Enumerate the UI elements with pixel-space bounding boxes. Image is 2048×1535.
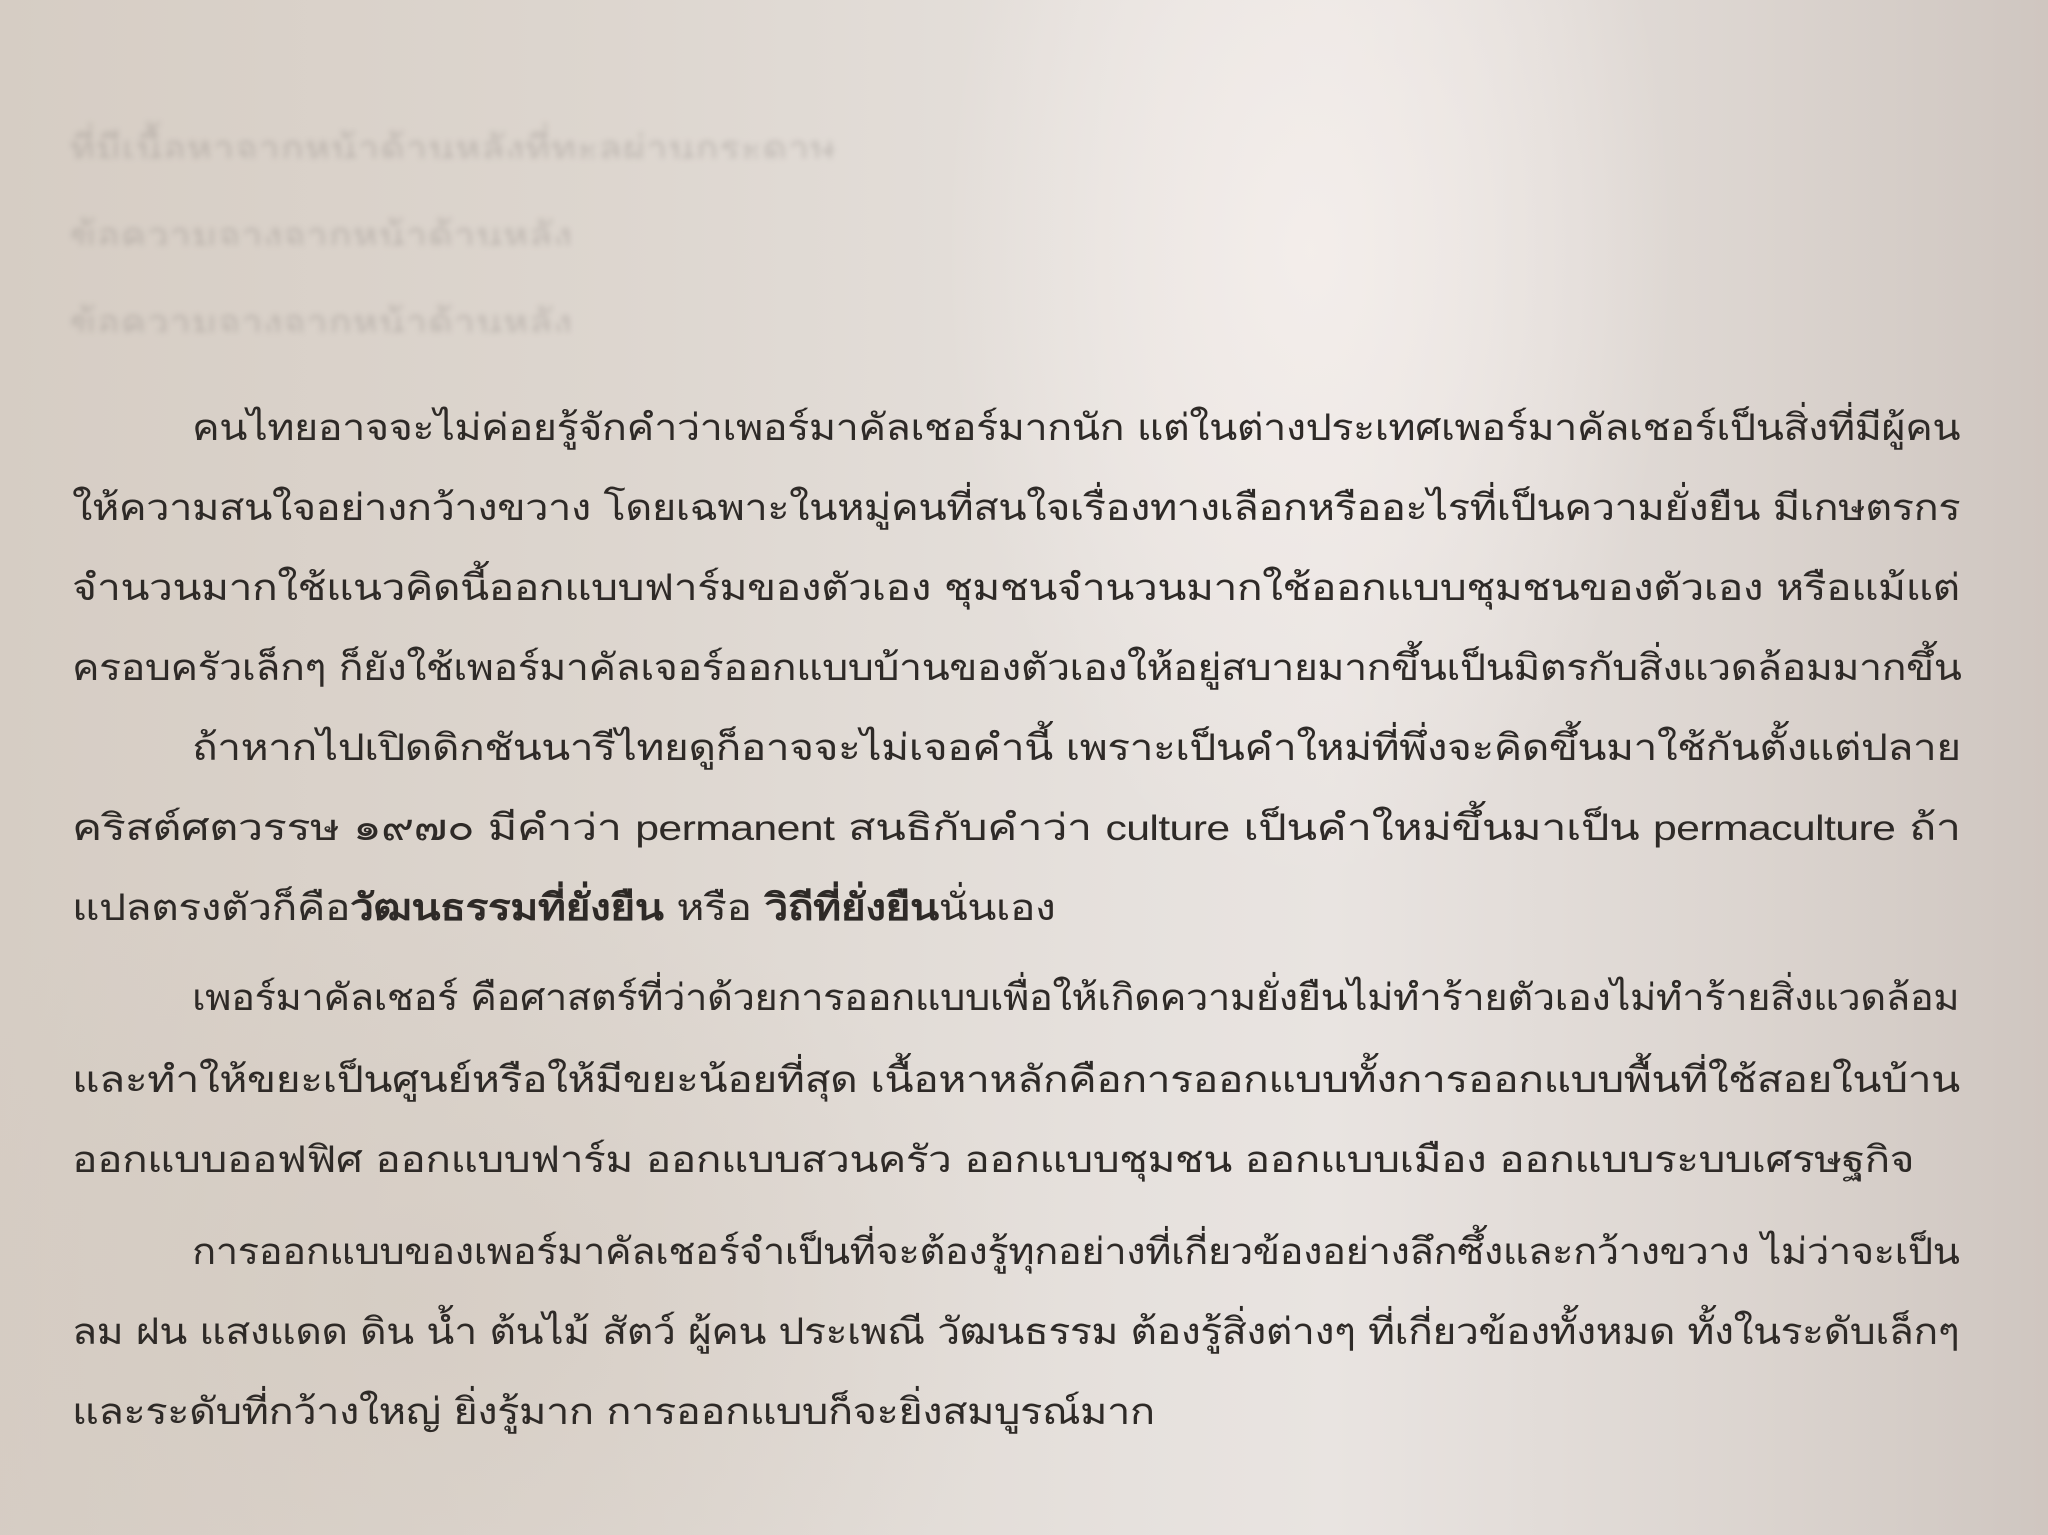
bold-term-sustainable-culture: วัฒนธรรมที่ยั่งยืน bbox=[350, 886, 663, 929]
paragraph-3-line-2: และทำให้ขยะเป็นศูนย์หรือให้มีขยะน้อยที่ส… bbox=[72, 1050, 1960, 1110]
text-run: สนธิกับคำว่า bbox=[834, 806, 1105, 849]
text-run: นั่นเอง bbox=[939, 886, 1056, 929]
text-run: คริสต์ศตวรรษ ๑๙๗๐ มีคำว่า bbox=[72, 806, 635, 849]
text-run: แปลตรงตัวก็คือ bbox=[72, 886, 350, 929]
paragraph-2-line-3: แปลตรงตัวก็คือวัฒนธรรมที่ยั่งยืน หรือ วิ… bbox=[72, 878, 1055, 938]
paragraph-4-line-1: การออกแบบของเพอร์มาคัลเชอร์จำเป็นที่จะต้… bbox=[192, 1222, 1959, 1282]
paragraph-1-line-2: ให้ความสนใจอย่างกว้างขวาง โดยเฉพาะในหมู่… bbox=[72, 478, 1960, 538]
bleed-through-text: ข้อความจางจากหน้าด้านหลัง bbox=[70, 205, 1970, 245]
paragraph-3-line-3: ออกแบบออฟฟิศ ออกแบบฟาร์ม ออกแบบสวนครัว อ… bbox=[72, 1130, 1914, 1190]
term-permaculture: permaculture bbox=[1653, 809, 1895, 848]
text-run: หรือ bbox=[663, 886, 764, 929]
paragraph-2-line-1: ถ้าหากไปเปิดดิกชันนารีไทยดูก็อาจจะไม่เจอ… bbox=[192, 718, 1961, 778]
text-run: ถ้า bbox=[1895, 806, 1960, 849]
book-page: ที่มีเนื้อหาจากหน้าด้านหลังที่ทะลุผ่านกร… bbox=[0, 0, 2048, 1535]
paragraph-1-line-3: จำนวนมากใช้แนวคิดนี้ออกแบบฟาร์มของตัวเอง… bbox=[72, 558, 1960, 618]
paragraph-4-line-2: ลม ฝน แสงแดด ดิน น้ำ ต้นไม้ สัตว์ ผู้คน … bbox=[72, 1302, 1959, 1362]
bleed-through-text: ข้อความจางจากหน้าด้านหลัง bbox=[70, 292, 1970, 332]
paragraph-4-line-3: และระดับที่กว้างใหญ่ ยิ่งรู้มาก การออกแบ… bbox=[72, 1382, 1155, 1442]
term-culture: culture bbox=[1105, 809, 1229, 848]
paragraph-3-line-1: เพอร์มาคัลเชอร์ คือศาสตร์ที่ว่าด้วยการออ… bbox=[192, 968, 1959, 1028]
text-run: เป็นคำใหม่ขึ้นมาเป็น bbox=[1230, 806, 1653, 849]
paragraph-1-line-1: คนไทยอาจจะไม่ค่อยรู้จักคำว่าเพอร์มาคัลเช… bbox=[192, 398, 1960, 458]
term-permanent: permanent bbox=[635, 809, 834, 848]
paragraph-1-line-4: ครอบครัวเล็กๆ ก็ยังใช้เพอร์มาคัลเจอร์ออก… bbox=[72, 638, 1961, 698]
bleed-through-text: ที่มีเนื้อหาจากหน้าด้านหลังที่ทะลุผ่านกร… bbox=[70, 118, 1970, 158]
paragraph-2-line-2: คริสต์ศตวรรษ ๑๙๗๐ มีคำว่า permanent สนธิ… bbox=[72, 798, 1961, 859]
bold-term-sustainable-way: วิถีที่ยั่งยืน bbox=[764, 886, 938, 929]
